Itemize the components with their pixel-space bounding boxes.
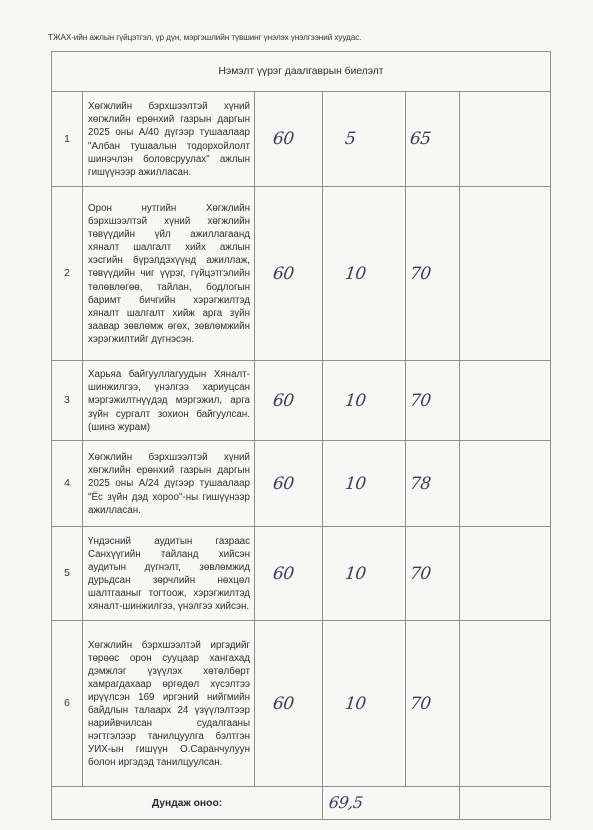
table-row: 1 Хөгжлийн бэрхшээлтэй хүний хөгжлийн ер… xyxy=(52,92,551,187)
row-description: Орон нутгийн Хөгжлийн бэрхшээлтэй хүний … xyxy=(83,187,255,361)
row-number: 1 xyxy=(52,92,83,187)
average-score-cell: 69,5 xyxy=(323,787,460,820)
score-total: 70 xyxy=(409,694,432,714)
score-a-cell: 60 xyxy=(255,92,323,187)
score-b-cell: 10 xyxy=(323,361,406,441)
table-header: Нэмэлт үүрэг даалгаврын биелэлт xyxy=(52,52,551,92)
score-a: 60 xyxy=(272,391,295,411)
score-b: 10 xyxy=(344,694,367,714)
score-b-cell: 10 xyxy=(323,621,406,787)
page-title: ТЖАХ-ийн ажлын гүйцэтгэл, үр дүн, мэргэш… xyxy=(48,33,361,42)
extra-cell xyxy=(460,92,551,187)
score-a-cell: 60 xyxy=(255,187,323,361)
score-b: 10 xyxy=(344,264,367,284)
table-row: 6 Хөгжлийн бэрхшээлтэй иргэдийг төрөөс о… xyxy=(52,621,551,787)
score-total-cell: 78 xyxy=(406,441,460,527)
row-number: 5 xyxy=(52,527,83,621)
score-b: 5 xyxy=(344,129,356,149)
score-total-cell: 70 xyxy=(406,527,460,621)
average-score-label: Дундаж оноо: xyxy=(52,787,323,820)
score-a-cell: 60 xyxy=(255,441,323,527)
score-b-cell: 10 xyxy=(323,187,406,361)
footer-row: Дундаж оноо: 69,5 xyxy=(52,787,551,820)
table-row: 3 Харьяа байгууллагуудын Хяналт-шинжилгэ… xyxy=(52,361,551,441)
score-b: 10 xyxy=(344,564,367,584)
row-number: 4 xyxy=(52,441,83,527)
average-score-value: 69,5 xyxy=(328,793,364,812)
row-description: Хөгжлийн бэрхшээлтэй хүний хөгжлийн ерөн… xyxy=(83,441,255,527)
row-description: Хөгжлийн бэрхшээлтэй иргэдийг төрөөс оро… xyxy=(83,621,255,787)
score-b: 10 xyxy=(344,391,367,411)
score-a-cell: 60 xyxy=(255,621,323,787)
header-row: Нэмэлт үүрэг даалгаврын биелэлт xyxy=(52,52,551,92)
score-b: 10 xyxy=(344,474,367,494)
score-b-cell: 5 xyxy=(323,92,406,187)
score-total-cell: 65 xyxy=(406,92,460,187)
footer-extra-cell xyxy=(460,787,551,820)
score-total-cell: 70 xyxy=(406,187,460,361)
score-a: 60 xyxy=(272,129,295,149)
table-row: 2 Орон нутгийн Хөгжлийн бэрхшээлтэй хүни… xyxy=(52,187,551,361)
score-a: 60 xyxy=(272,694,295,714)
evaluation-table: Нэмэлт үүрэг даалгаврын биелэлт 1 Хөгжли… xyxy=(51,51,551,820)
row-number: 3 xyxy=(52,361,83,441)
row-number: 6 xyxy=(52,621,83,787)
score-total: 70 xyxy=(409,391,432,411)
score-total: 78 xyxy=(409,474,432,494)
extra-cell xyxy=(460,621,551,787)
extra-cell xyxy=(460,527,551,621)
score-total: 65 xyxy=(409,129,432,149)
score-b-cell: 10 xyxy=(323,527,406,621)
score-total-cell: 70 xyxy=(406,361,460,441)
row-description: Харьяа байгууллагуудын Хяналт-шинжилгээ,… xyxy=(83,361,255,441)
extra-cell xyxy=(460,441,551,527)
score-total: 70 xyxy=(409,264,432,284)
score-total-cell: 70 xyxy=(406,621,460,787)
score-total: 70 xyxy=(409,564,432,584)
score-a: 60 xyxy=(272,474,295,494)
table-row: 5 Үндэсний аудитын газраас Санхүүгийн та… xyxy=(52,527,551,621)
extra-cell xyxy=(460,187,551,361)
row-description: Үндэсний аудитын газраас Санхүүгийн тайл… xyxy=(83,527,255,621)
extra-cell xyxy=(460,361,551,441)
row-number: 2 xyxy=(52,187,83,361)
score-b-cell: 10 xyxy=(323,441,406,527)
row-description: Хөгжлийн бэрхшээлтэй хүний хөгжлийн ерөн… xyxy=(83,92,255,187)
table-row: 4 Хөгжлийн бэрхшээлтэй хүний хөгжлийн ер… xyxy=(52,441,551,527)
score-a: 60 xyxy=(272,264,295,284)
score-a: 60 xyxy=(272,564,295,584)
score-a-cell: 60 xyxy=(255,361,323,441)
score-a-cell: 60 xyxy=(255,527,323,621)
